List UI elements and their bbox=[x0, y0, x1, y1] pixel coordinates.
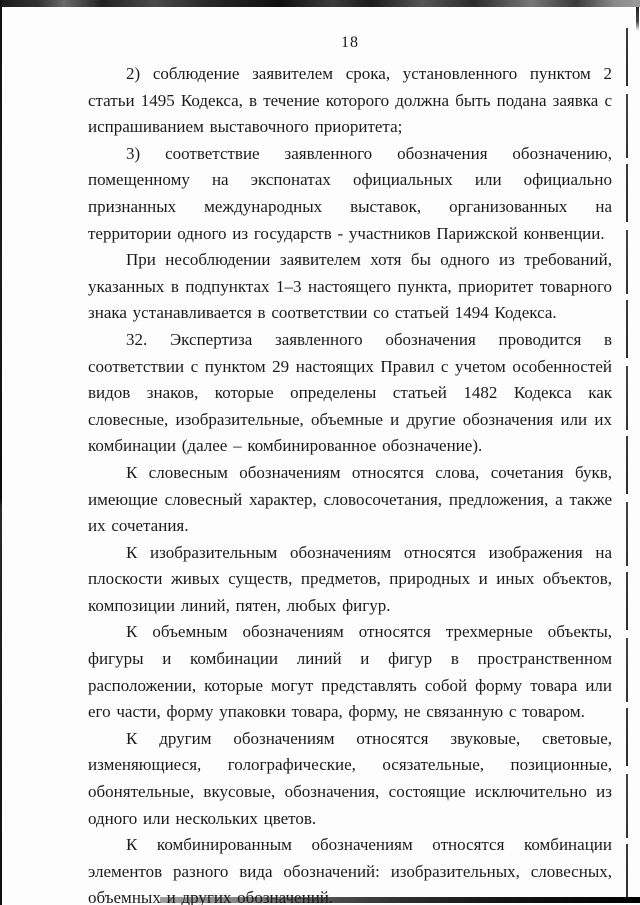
paragraph-figurative-marks: К изобразительным обозначениям относятся… bbox=[88, 540, 612, 620]
paragraph-other-marks: К другим обозначениям относятся звуковые… bbox=[88, 726, 612, 832]
scanned-document-page: 18 2) соблюдение заявителем срока, устан… bbox=[0, 0, 640, 905]
document-body: 2) соблюдение заявителем срока, установл… bbox=[88, 61, 612, 905]
paragraph-noncompliance: При несоблюдении заявителем хотя бы одно… bbox=[88, 247, 612, 327]
page-number: 18 bbox=[88, 34, 612, 52]
scan-artifact-left-edge-line bbox=[0, 0, 2, 905]
scan-artifact-top-bar bbox=[0, 0, 640, 7]
paragraph-combined-marks: К комбинированным обозначениям относятся… bbox=[88, 832, 612, 905]
paragraph-clause-32: 32. Экспертиза заявленного обозначения п… bbox=[88, 327, 612, 460]
scan-artifact-top-right-tick bbox=[636, 7, 639, 31]
paragraph-subitem-3: 3) соответствие заявленного обозначения … bbox=[88, 141, 612, 247]
paragraph-subitem-2: 2) соблюдение заявителем срока, установл… bbox=[88, 61, 612, 141]
scan-artifact-right-edge-line bbox=[626, 28, 628, 897]
paragraph-word-marks: К словесным обозначениям относятся слова… bbox=[88, 460, 612, 540]
paragraph-3d-marks: К объемным обозначениям относятся трехме… bbox=[88, 619, 612, 725]
